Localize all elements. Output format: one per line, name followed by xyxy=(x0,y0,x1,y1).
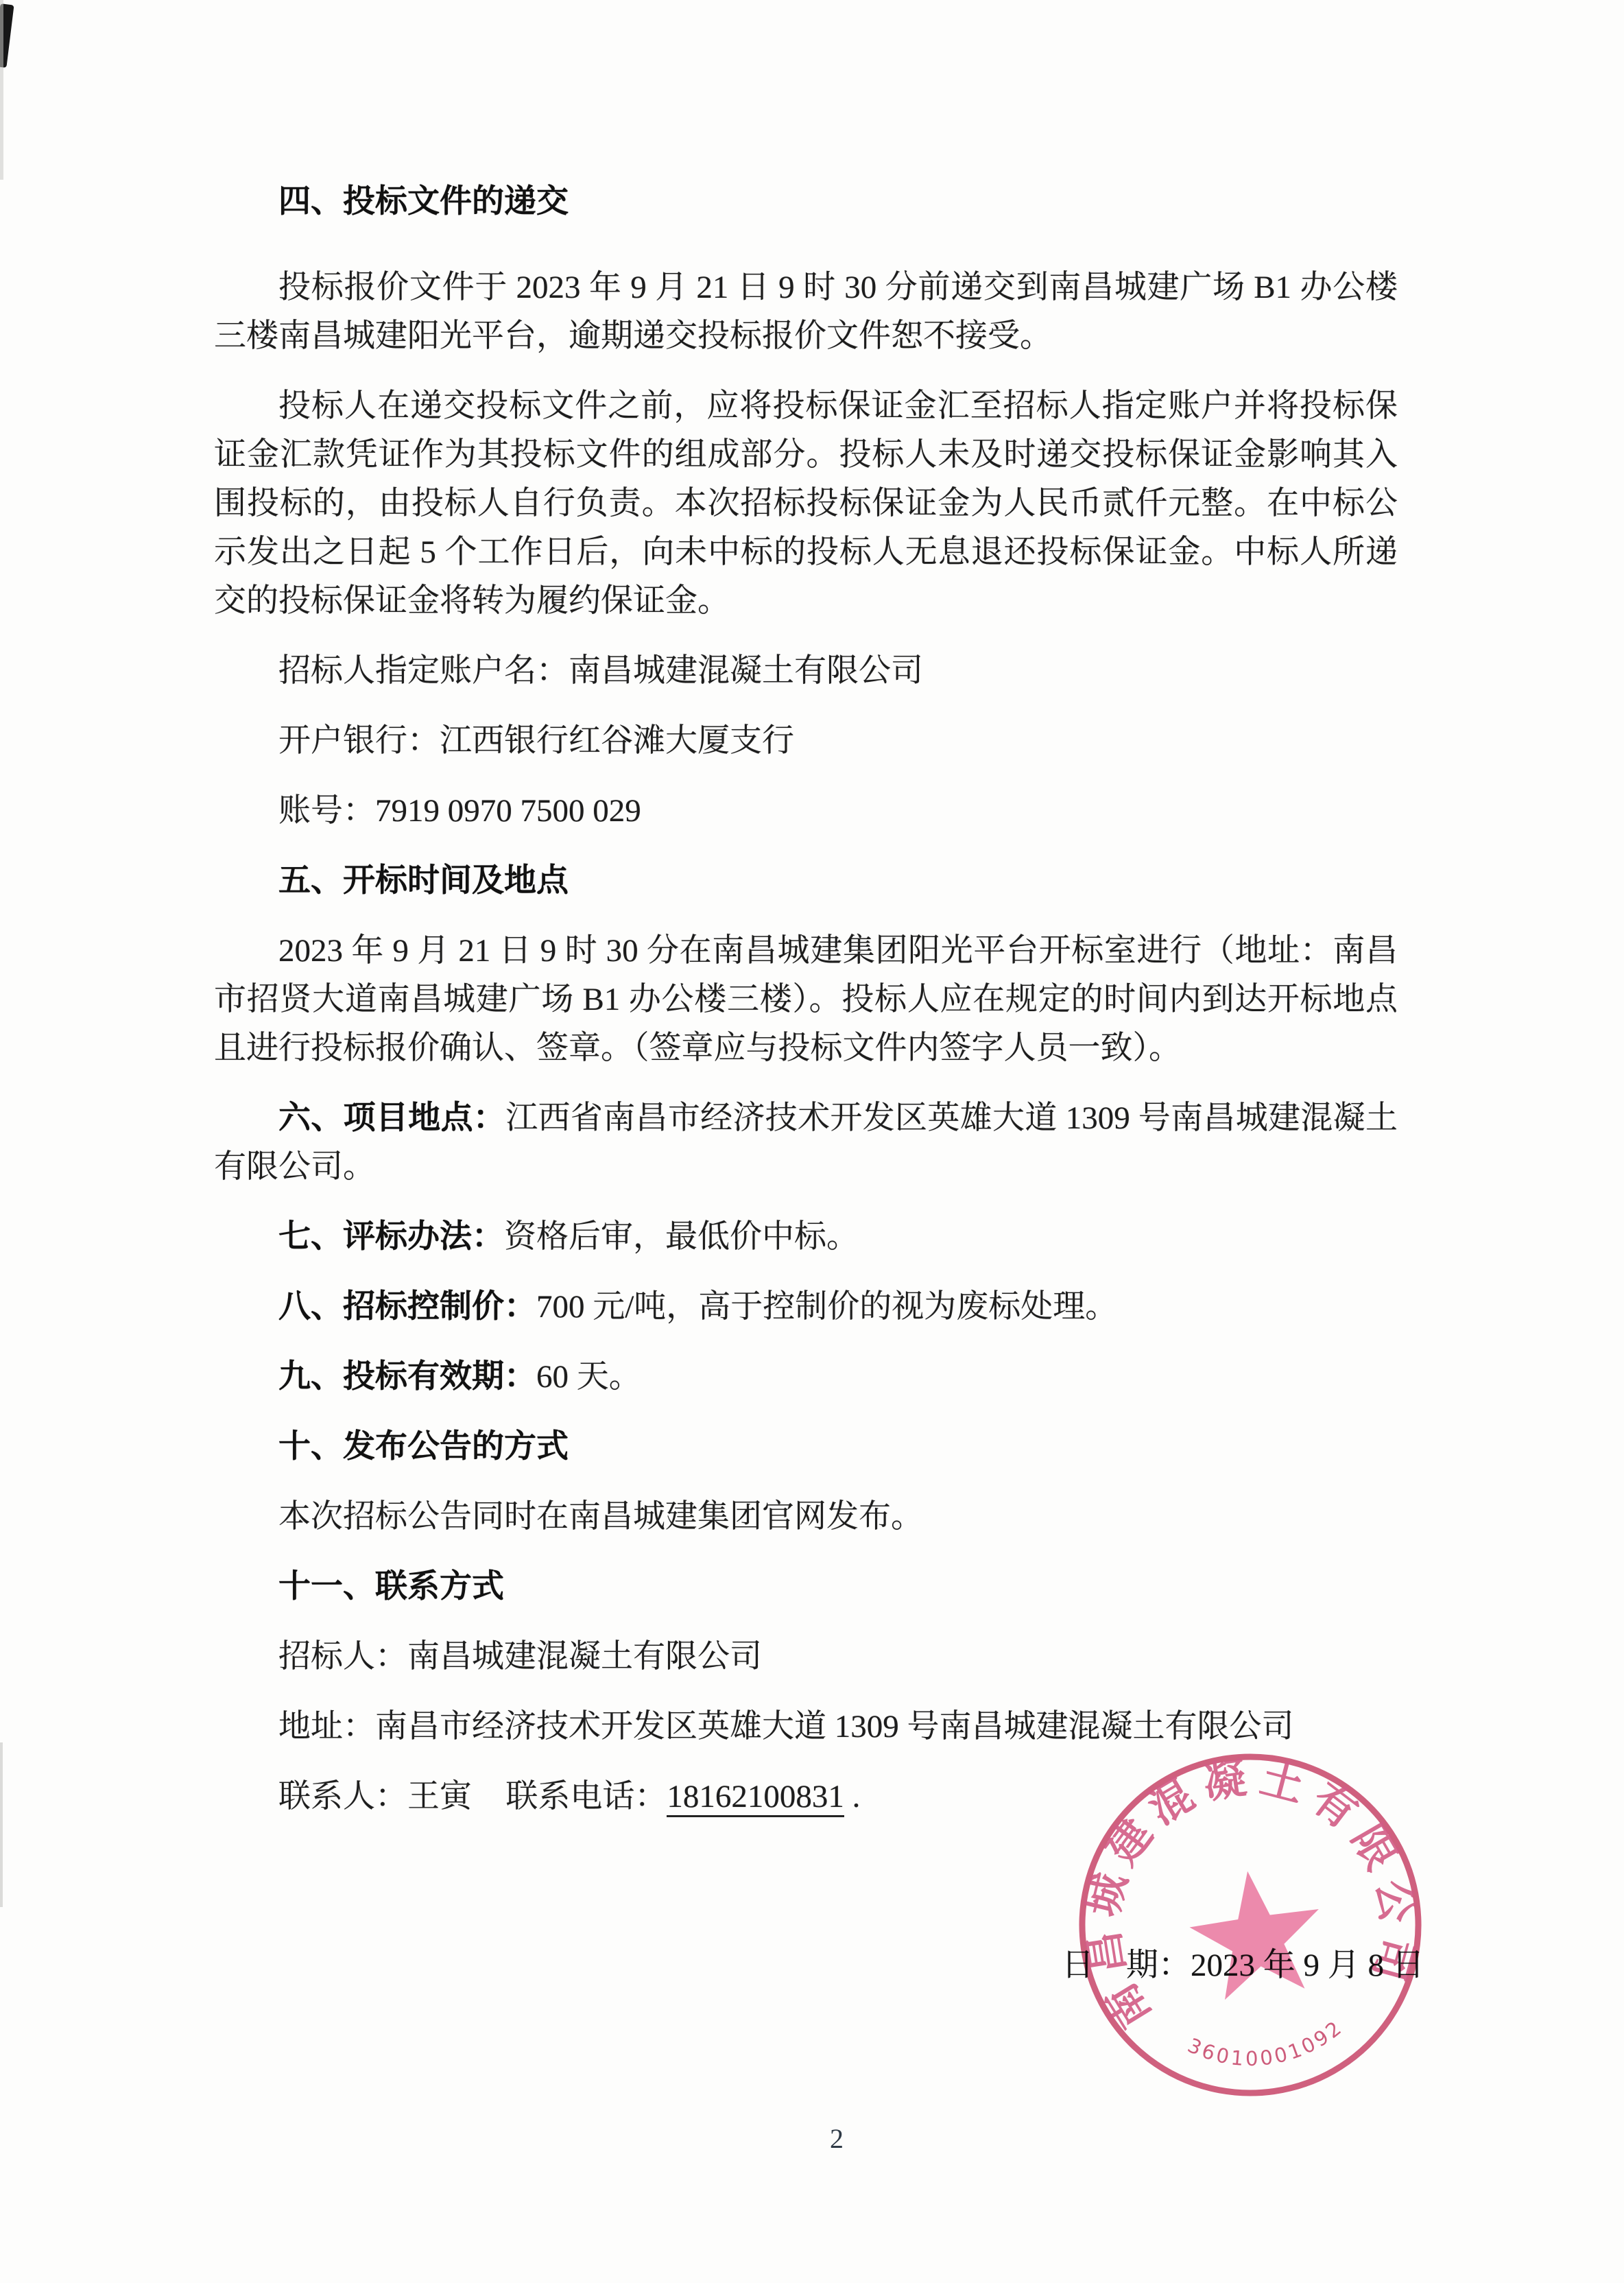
para-announcement-publish: 本次招标公告同时在南昌城建集团官网发布。 xyxy=(214,1493,1398,1541)
section-7-text: 资格后审，最低价中标。 xyxy=(504,1219,859,1255)
contact-person: 联系人：王寅 xyxy=(278,1779,472,1814)
section-5-heading: 五、开标时间及地点 xyxy=(214,857,1398,906)
page-number: 2 xyxy=(816,2122,857,2155)
document-page: 四、投标文件的递交 投标报价文件于 2023 年 9 月 21 日 9 时 30… xyxy=(0,0,1624,2283)
section-8-label: 八、招标控制价： xyxy=(278,1289,536,1325)
contact-phone-number: 18162100831 xyxy=(667,1779,844,1817)
account-name-line: 招标人指定账户名：南昌城建混凝土有限公司 xyxy=(214,647,1398,696)
section-6-line: 六、项目地点：江西省南昌市经济技术开发区英雄大道 1309 号南昌城建混凝土有限… xyxy=(214,1094,1398,1192)
section-9-line: 九、投标有效期：60 天。 xyxy=(214,1353,1398,1401)
para-bid-opening: 2023 年 9 月 21 日 9 时 30 分在南昌城建集团阳光平台开标室进行… xyxy=(214,927,1398,1073)
section-9-text: 60 天。 xyxy=(536,1359,641,1395)
section-8-text: 700 元/吨，高于控制价的视为废标处理。 xyxy=(536,1289,1117,1325)
contact-bidder-line: 招标人：南昌城建混凝土有限公司 xyxy=(214,1633,1398,1681)
seal-star-icon xyxy=(1183,1862,1330,2004)
section-7-label: 七、评标办法： xyxy=(278,1219,504,1255)
section-11-heading: 十一、联系方式 xyxy=(214,1563,1398,1611)
contact-phone-label: 联系电话： xyxy=(505,1779,667,1814)
bank-line: 开户银行：江西银行红谷滩大厦支行 xyxy=(214,717,1398,766)
para-bid-submission: 投标报价文件于 2023 年 9 月 21 日 9 时 30 分前递交到南昌城建… xyxy=(214,263,1398,361)
section-4-heading: 四、投标文件的递交 xyxy=(214,178,1398,226)
section-6-label: 六、项目地点： xyxy=(278,1100,505,1136)
company-seal-stamp: 南昌城建混凝土有限公司 3601000109204 xyxy=(1068,1743,1432,2107)
section-10-heading: 十、发布公告的方式 xyxy=(214,1423,1398,1471)
section-7-line: 七、评标办法：资格后审，最低价中标。 xyxy=(214,1213,1398,1262)
para-bid-deposit: 投标人在递交投标文件之前，应将投标保证金汇至招标人指定账户并将投标保证金汇款凭证… xyxy=(214,382,1398,626)
scan-artifact-edge-mid xyxy=(0,1742,3,1907)
section-8-line: 八、招标控制价：700 元/吨，高于控制价的视为废标处理。 xyxy=(214,1283,1398,1332)
contact-phone-suffix: . xyxy=(844,1779,861,1814)
document-body: 四、投标文件的递交 投标报价文件于 2023 年 9 月 21 日 9 时 30… xyxy=(0,0,1624,1843)
section-9-label: 九、投标有效期： xyxy=(278,1359,536,1395)
account-number-line: 账号：7919 0970 7500 029 xyxy=(214,787,1398,836)
scan-artifact-edge-top xyxy=(0,0,3,180)
